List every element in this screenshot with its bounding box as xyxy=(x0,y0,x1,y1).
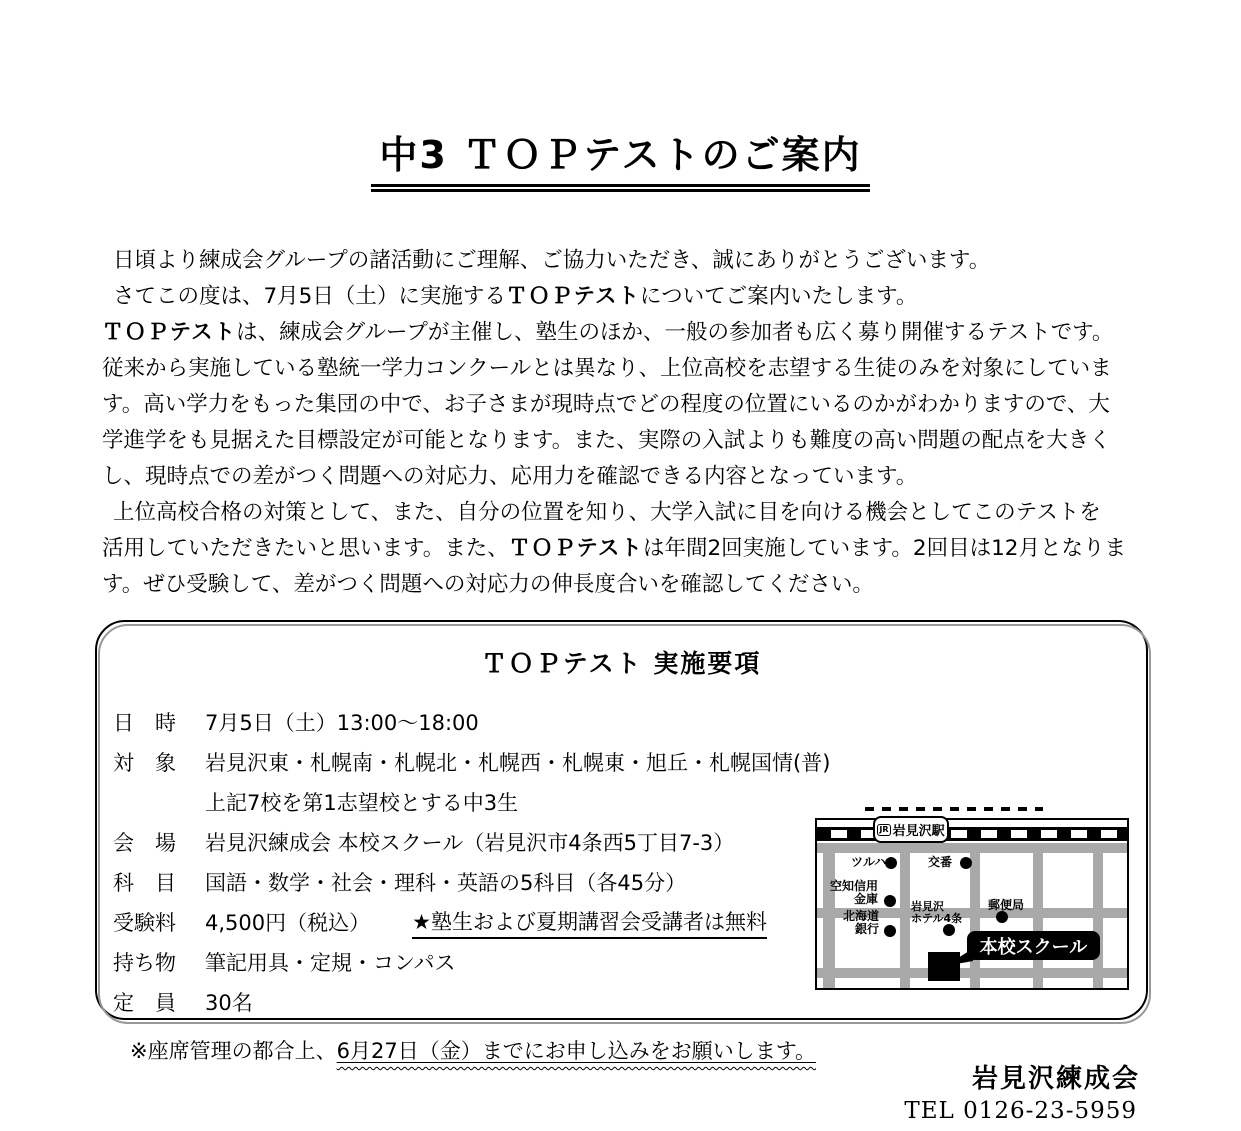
place-dot xyxy=(960,857,972,869)
map-label-sorachi-shinkin: 空知信用金庫 xyxy=(830,880,878,906)
deadline-note-underlined: 6月27日（金）までにお申し込みをお願いします。 xyxy=(337,1039,816,1063)
row-value: 上記7校を第1志望校とする中3生 xyxy=(205,787,518,817)
row-value: 国語・数学・社会・理科・英語の5科目（各45分） xyxy=(205,867,686,897)
phone-number: TEL 0126-23-5959 xyxy=(904,1098,1137,1124)
map-label-line: 銀行 xyxy=(843,923,879,936)
body-line: 従来から実施している塾統一学力コンクールとは異なり、上位高校を志望する生徒のみを… xyxy=(102,351,1142,387)
row-value: 7月5日（土）13:00～18:00 xyxy=(205,707,479,737)
body-line-text: す。高い学力をもった集団の中で、お子さまが現時点でどの程度の位置にいるのかがわか… xyxy=(102,392,1110,417)
page-title: 中3 ＴＯＰテストのご案内 xyxy=(0,124,1241,192)
row-label: 定 員 xyxy=(113,987,205,1017)
deadline-note-prefix: ※座席管理の都合上、 xyxy=(130,1039,337,1063)
row-label: 受験料 xyxy=(113,907,205,937)
map-label-line: 金庫 xyxy=(830,893,878,906)
body-line-text: さてこの度は、7月5日（土）に実施する xyxy=(113,284,506,309)
info-box-heading: ＴＯＰテスト 実施要項 xyxy=(97,644,1146,680)
place-dot xyxy=(996,911,1008,923)
row-value: 岩見沢東・札幌南・札幌北・札幌西・札幌東・旭丘・札幌国情(普) xyxy=(205,747,830,777)
body-line-text: は年間2回実施しています。2回目は12月となりま xyxy=(643,536,1126,561)
row-label: 対 象 xyxy=(113,747,205,777)
page-title-text: 中3 ＴＯＰテストのご案内 xyxy=(371,124,869,192)
place-dot xyxy=(884,925,896,937)
row-value: 筆記用具・定規・コンパス xyxy=(205,947,456,977)
school-callout: 本校スクール xyxy=(967,931,1100,960)
top-test-emphasis: ＴＯＰテスト xyxy=(509,536,643,561)
place-dot xyxy=(884,895,896,907)
row-label: 持ち物 xyxy=(113,947,205,977)
body-line-text: し、現時点での差がつく問題への対応力、応用力を確認できる内容となっています。 xyxy=(102,464,917,489)
body-line-text: 従来から実施している塾統一学力コンクールとは異なり、上位高校を志望する生徒のみを… xyxy=(102,356,1112,381)
body-line: 日頃より練成会グループの諸活動にご理解、ご協力いただき、誠にありがとうございます… xyxy=(102,243,1142,279)
body-line: 活用していただきたいと思います。また、ＴＯＰテストは年間2回実施しています。2回… xyxy=(102,531,1142,567)
jr-badge: JR xyxy=(877,824,890,836)
deadline-note: ※座席管理の都合上、6月27日（金）までにお申し込みをお願いします。 xyxy=(130,1035,816,1065)
flyer-page: 中3 ＴＯＰテストのご案内 日頃より練成会グループの諸活動にご理解、ご協力いただ… xyxy=(0,0,1241,1131)
station-label: JR岩見沢駅 xyxy=(873,816,949,843)
railway-line xyxy=(817,827,1127,841)
body-line-text: 活用していただきたいと思います。また、 xyxy=(102,536,509,561)
street-vertical xyxy=(823,843,835,988)
street-vertical xyxy=(1093,843,1103,988)
row-value: 30名 xyxy=(205,987,253,1017)
place-dot xyxy=(885,857,897,869)
info-box: ＴＯＰテスト 実施要項 日 時7月5日（土）13:00～18:00 対 象岩見沢… xyxy=(95,620,1148,1020)
map-label-hotel: 岩見沢ホテル4条 xyxy=(911,901,962,925)
map-label-koban: 交番 xyxy=(928,856,952,869)
body-line: ＴＯＰテストは、練成会グループが主催し、塾生のほか、一般の参加者も広く募り開催す… xyxy=(102,315,1142,351)
info-row-target-cont: 上記7校を第1志望校とする中3生 xyxy=(113,782,1146,822)
map-cropped-text-marks xyxy=(865,807,1043,811)
location-map: JR岩見沢駅 ツルハ 交番 空知信用金庫 北海道銀行 岩見沢ホテル4条 郵便局 xyxy=(815,818,1129,990)
street-vertical xyxy=(900,843,910,988)
fee-free-note: ★塾生および夏期講習会受講者は無料 xyxy=(412,906,767,939)
body-line: 上位高校合格の対策として、また、自分の位置を知り、大学入試に目を向ける機会として… xyxy=(102,495,1142,531)
map-label-line: ホテル4条 xyxy=(911,913,962,925)
place-dot xyxy=(943,924,955,936)
body-line-text: す。ぜひ受験して、差がつく問題への対応力の伸長度合いを確認してください。 xyxy=(102,572,874,597)
school-location-marker xyxy=(928,952,960,981)
row-label: 日 時 xyxy=(113,707,205,737)
intro-paragraphs: 日頃より練成会グループの諸活動にご理解、ご協力いただき、誠にありがとうございます… xyxy=(102,243,1142,603)
info-row-target: 対 象岩見沢東・札幌南・札幌北・札幌西・札幌東・旭丘・札幌国情(普) xyxy=(113,742,1146,782)
info-row-datetime: 日 時7月5日（土）13:00～18:00 xyxy=(113,702,1146,742)
station-name: 岩見沢駅 xyxy=(893,820,945,839)
street-vertical xyxy=(1033,843,1043,988)
map-label-tsuruha: ツルハ xyxy=(851,856,886,869)
body-line: し、現時点での差がつく問題への対応力、応用力を確認できる内容となっています。 xyxy=(102,459,1142,495)
body-line-text: 日頃より練成会グループの諸活動にご理解、ご協力いただき、誠にありがとうございます… xyxy=(113,248,990,273)
body-line-text: 上位高校合格の対策として、また、自分の位置を知り、大学入試に目を向ける機会として… xyxy=(113,500,1101,525)
organization-name: 岩見沢練成会 xyxy=(972,1058,1140,1095)
row-label: 科 目 xyxy=(113,867,205,897)
row-value: 4,500円（税込） xyxy=(205,907,370,937)
body-line: 学進学をも見据えた目標設定が可能となります。また、実際の入試よりも難度の高い問題… xyxy=(102,423,1142,459)
body-line: す。高い学力をもった集団の中で、お子さまが現時点でどの程度の位置にいるのかがわか… xyxy=(102,387,1142,423)
top-test-emphasis: ＴＯＰテスト xyxy=(102,320,236,345)
body-line-text: についてご案内いたします。 xyxy=(640,284,917,309)
row-label: 会 場 xyxy=(113,827,205,857)
row-value: 岩見沢練成会 本校スクール（岩見沢市4条西5丁目7-3） xyxy=(205,827,734,857)
top-test-emphasis: ＴＯＰテスト xyxy=(506,284,640,309)
map-label-post-office: 郵便局 xyxy=(988,899,1024,912)
body-line: す。ぜひ受験して、差がつく問題への対応力の伸長度合いを確認してください。 xyxy=(102,567,1142,603)
map-label-hokkaido-bank: 北海道銀行 xyxy=(843,910,879,936)
body-line: さてこの度は、7月5日（土）に実施するＴＯＰテストについてご案内いたします。 xyxy=(102,279,1142,315)
body-line-text: 学進学をも見据えた目標設定が可能となります。また、実際の入試よりも難度の高い問題… xyxy=(102,428,1111,453)
body-line-text: は、練成会グループが主催し、塾生のほか、一般の参加者も広く募り開催するテストです… xyxy=(236,320,1113,345)
